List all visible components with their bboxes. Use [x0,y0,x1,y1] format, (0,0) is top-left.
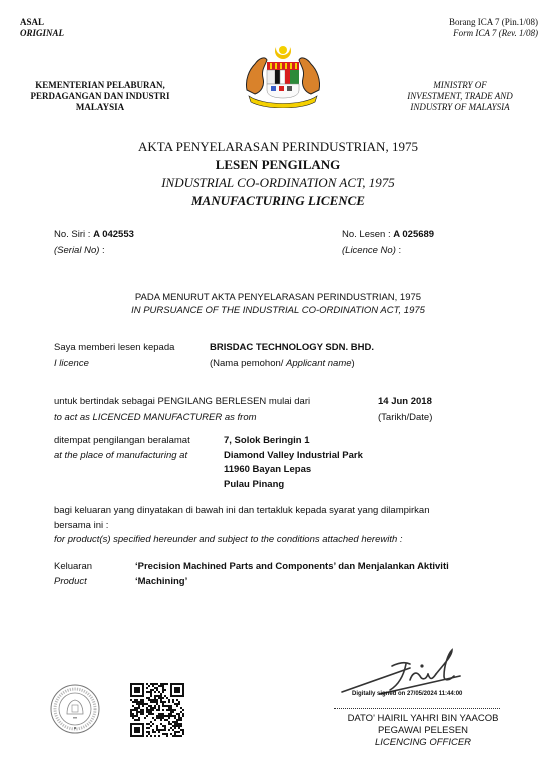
colon: : [99,245,104,256]
colon: : [396,245,401,256]
address-line: Pulau Pinang [224,478,363,493]
note-en: Applicant name [286,358,351,369]
licence-value: A 025689 [393,229,434,240]
address-line: Diamond Valley Industrial Park [224,449,363,464]
address-line: 11960 Bayan Lepas [224,463,363,478]
start-label-my: untuk bertindak sebagai PENGILANG BERLES… [54,394,310,410]
products-intro-my-1: bagi keluaran yang dinyatakan di bawah i… [54,504,430,519]
products-intro-en: for product(s) specified hereunder and s… [54,533,430,548]
ministry-my-line: MALAYSIA [20,102,180,113]
licence-titles: AKTA PENYELARASAN PERINDUSTRIAN, 1975 LE… [0,138,556,210]
ministry-my-line: KEMENTERIAN PELABURAN, [20,80,180,91]
pursuance-statement: PADA MENURUT AKTA PENYELARASAN PERINDUST… [0,291,556,317]
malaysia-coat-of-arms-icon [243,40,323,108]
licensee-label-my: Saya memberi lesen kepada [54,340,174,356]
note-close: ) [352,358,355,369]
original-label-en: ORIGINAL [20,28,64,39]
licence-title-my: LESEN PENGILANG [0,156,556,174]
ministry-name-my: KEMENTERIAN PELABURAN, PERDAGANGAN DAN I… [20,80,180,113]
officer-title-en: LICENCING OFFICER [318,737,528,749]
licensee-label-en: I licence [54,356,174,372]
officer-name: DATO' HAIRIL YAHRI BIN YAACOB [318,713,528,725]
licence-label-en: (Licence No) [342,245,396,256]
licence-title-en: MANUFACTURING LICENCE [0,192,556,210]
ministry-my-line: PERDAGANGAN DAN INDUSTRI [20,91,180,102]
ministry-en-line: INVESTMENT, TRADE AND [380,91,540,102]
product-section: Keluaran Product ‘Precision Machined Par… [0,560,556,594]
serial-number: No. Siri : A 042553 (Serial No) : [54,227,134,259]
start-date-note: (Tarikh/Date) [378,410,432,426]
serial-value: A 042553 [93,229,134,240]
ministry-seal-icon [50,684,100,734]
original-label-my: ASAL [20,17,64,28]
serial-label-en: (Serial No) [54,245,99,256]
address-line: 7, Solok Beringin 1 [224,434,363,449]
digital-signature-stamp: Digitally signed on 27/05/2024 11:44:00 [352,691,462,697]
products-intro-my-2: bersama ini : [54,519,430,534]
pursuance-en: IN PURSUANCE OF THE INDUSTRIAL CO-ORDINA… [0,304,556,317]
licensee-name: BRISDAC TECHNOLOGY SDN. BHD. [210,340,374,356]
address-section: ditempat pengilangan beralamat at the pl… [0,434,556,498]
form-reference: Borang ICA 7 (Pin.1/08) Form ICA 7 (Rev.… [449,17,538,39]
note-my: (Nama pemohon/ [210,358,286,369]
licensee-section: Saya memberi lesen kepada I licence BRIS… [0,340,556,374]
address-label-my: ditempat pengilangan beralamat [54,434,190,449]
act-title-my: AKTA PENYELARASAN PERINDUSTRIAN, 1975 [0,138,556,156]
pursuance-my: PADA MENURUT AKTA PENYELARASAN PERINDUST… [0,291,556,304]
ministry-en-line: INDUSTRY OF MALAYSIA [380,102,540,113]
product-label-en: Product [54,575,92,590]
start-label-en: to act as LICENCED MANUFACTURER as from [54,410,310,426]
licence-label-my: No. Lesen : [342,229,393,240]
form-number-my: Borang ICA 7 (Pin.1/08) [449,17,538,28]
serial-label-my: No. Siri : [54,229,93,240]
act-title-en: INDUSTRIAL CO-ORDINATION ACT, 1975 [0,174,556,192]
products-intro: bagi keluaran yang dinyatakan di bawah i… [54,504,430,548]
start-date-section: untuk bertindak sebagai PENGILANG BERLES… [0,394,556,428]
product-line: ‘Precision Machined Parts and Components… [135,560,449,575]
product-label-my: Keluaran [54,560,92,575]
address-label-en: at the place of manufacturing at [54,449,190,464]
licensee-name-note: (Nama pemohon/ Applicant name) [210,356,374,372]
licence-number: No. Lesen : A 025689 (Licence No) : [342,227,434,259]
officer-title-my: PEGAWAI PELESEN [318,725,528,737]
officer-block: DATO' HAIRIL YAHRI BIN YAACOB PEGAWAI PE… [318,713,528,749]
signature-line [334,708,500,709]
form-number-en: Form ICA 7 (Rev. 1/08) [449,28,538,39]
ministry-name-en: MINISTRY OF INVESTMENT, TRADE AND INDUST… [380,80,540,113]
product-line: ‘Machining’ [135,575,449,590]
qr-code-icon[interactable] [130,683,184,737]
ministry-en-line: MINISTRY OF [380,80,540,91]
start-date: 14 Jun 2018 [378,394,432,410]
original-marker: ASAL ORIGINAL [20,17,64,39]
